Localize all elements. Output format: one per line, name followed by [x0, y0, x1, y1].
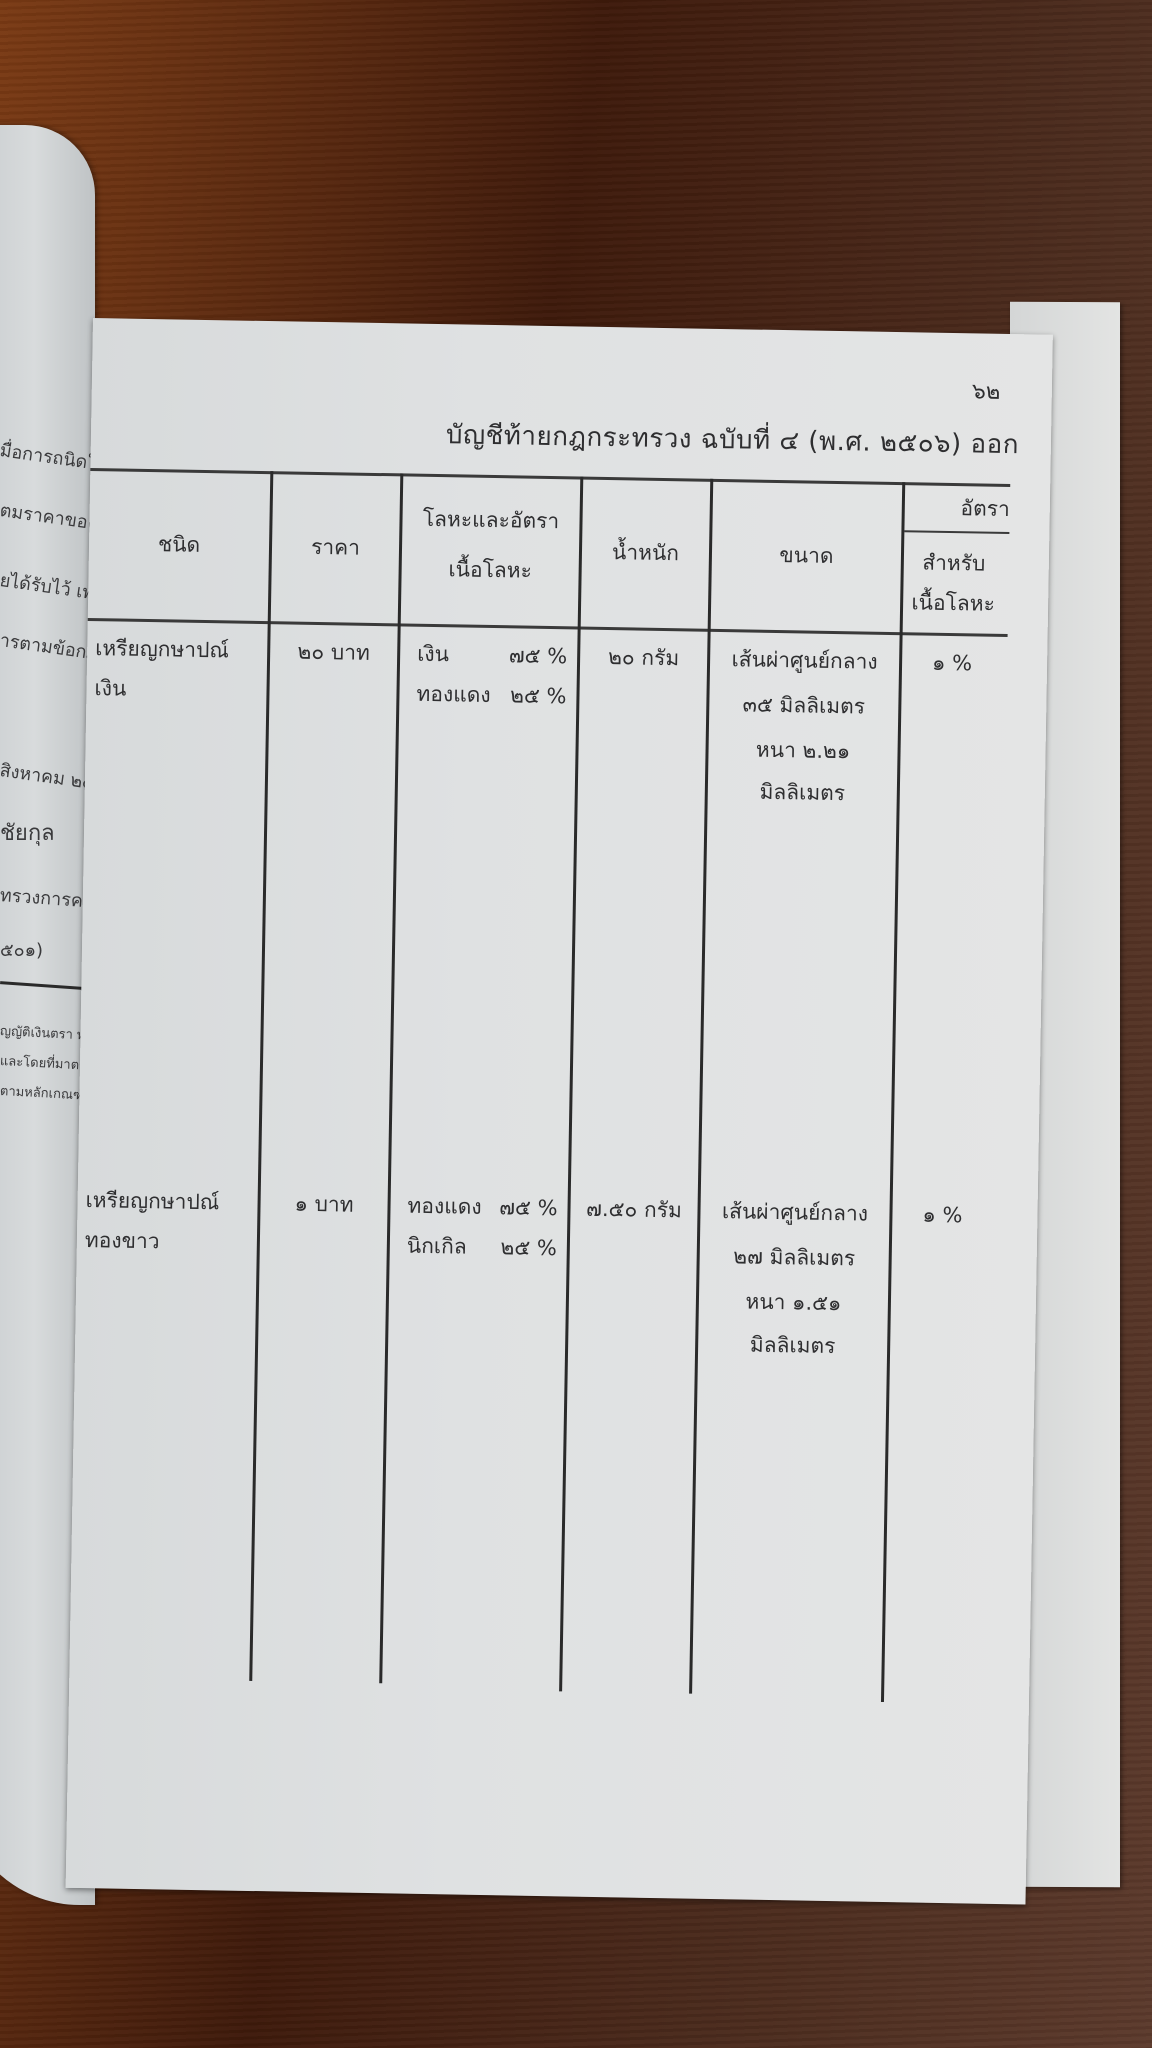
cell-size: มิลลิเมตร: [707, 771, 897, 814]
header-weight: น้ำหนัก: [582, 532, 710, 574]
cell-size: หนา ๒.๒๑: [708, 729, 898, 772]
cell-size: ๒๗ มิลลิเมตร: [699, 1236, 889, 1279]
document-title: บัญชีท้ายกฎกระทรวง ฉบับที่ ๔ (พ.ศ. ๒๕๐๖)…: [446, 414, 1020, 465]
cell-weight: ๗.๕๐ กรัม: [570, 1188, 698, 1230]
left-page-text: ยได้รับไว้ เพ: [0, 565, 95, 607]
left-page-text: สิงหาคม ๒๕๐: [0, 755, 95, 799]
cell-price: ๒๐ บาท: [270, 631, 398, 673]
cell-tolerance: ๑ %: [892, 1194, 993, 1236]
cell-price: ๑ บาท: [260, 1183, 388, 1225]
header-type: ชนิด: [89, 523, 270, 566]
left-page-text: ทรวงการคลัง: [0, 880, 95, 916]
table-top-rule: [90, 468, 1010, 487]
header-metal-line2: เนื้อโลหะ: [401, 548, 579, 591]
cell-metal-name: ทองแดง: [407, 1186, 482, 1227]
cell-metal-pct: ๗๕ %: [487, 635, 568, 676]
left-page-text: ตามหลักเกณฑ์: [0, 1080, 84, 1105]
cell-size: เส้นผ่าศูนย์กลาง: [710, 639, 900, 682]
page-number: ๖๒: [972, 373, 1001, 408]
cell-metal-pct: ๗๕ %: [477, 1187, 558, 1228]
cell-type: ทองขาว: [85, 1220, 160, 1261]
subheader-rule: [904, 530, 1009, 534]
left-page-text: ชัยกุล: [0, 815, 55, 850]
coin-specification-table: ชนิด ราคา โลหะและอัตรา เนื้อโลหะ น้ำหนัก…: [90, 468, 1010, 484]
cell-size: มิลลิเมตร: [698, 1324, 888, 1367]
header-tolerance-sub-line1: สำหรับ: [904, 542, 1005, 584]
cell-metal-pct: ๒๕ %: [476, 1227, 557, 1268]
cell-type: เหรียญกษาปณ์: [85, 1180, 219, 1222]
header-tolerance-sub-line2: เนื้อโลหะ: [903, 582, 1004, 624]
cell-metal-name: เงิน: [417, 634, 449, 675]
cell-weight: ๒๐ กรัม: [580, 637, 708, 679]
cell-size: ๓๕ มิลลิเมตร: [709, 684, 899, 727]
document-page: ๖๒ บัญชีท้ายกฎกระทรวง ฉบับที่ ๔ (พ.ศ. ๒๕…: [66, 318, 1053, 1905]
cell-metal-name: นิกเกิล: [407, 1226, 468, 1267]
cell-metal-pct: ๒๕ %: [486, 675, 567, 716]
cell-size: เส้นผ่าศูนย์กลาง: [700, 1191, 890, 1234]
left-page-text: ตมราคาของหน้: [0, 495, 95, 541]
left-page-text: มื่อการถนิดในน: [0, 435, 95, 481]
cell-type: เหรียญกษาปณ์: [95, 628, 229, 670]
header-price: ราคา: [272, 526, 400, 568]
header-tolerance: อัตรา: [904, 487, 1010, 529]
header-metal-line1: โลหะและอัตรา: [402, 498, 580, 541]
cell-metal-name: ทองแดง: [416, 674, 491, 715]
left-page-text: ารตามข้อกฎน: [0, 625, 95, 669]
cell-type: เงิน: [94, 668, 126, 709]
cell-size: หนา ๑.๕๑: [699, 1281, 889, 1324]
cell-tolerance: ๑ %: [902, 642, 1003, 684]
header-size: ขนาด: [712, 534, 902, 577]
left-page-text: ๕๐๑): [0, 935, 43, 964]
